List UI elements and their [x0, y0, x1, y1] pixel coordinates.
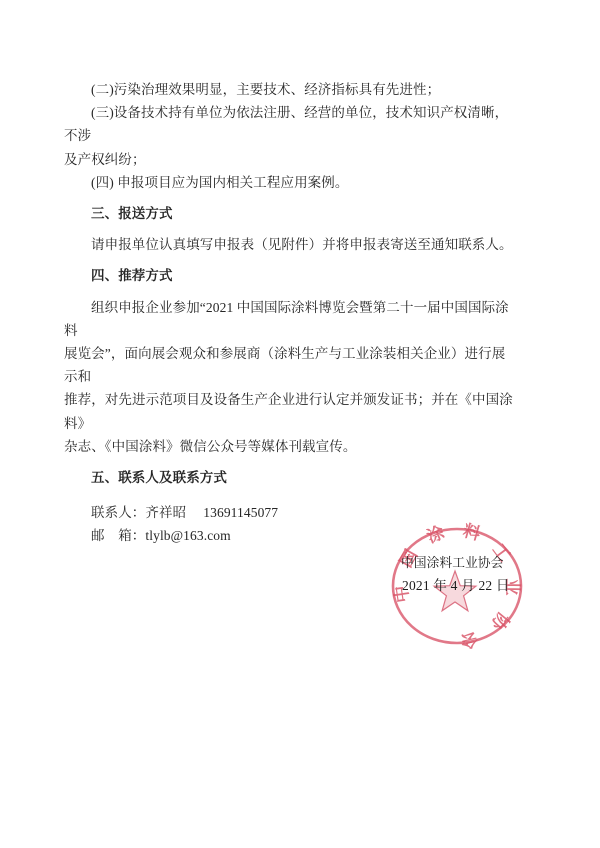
section-heading-5: 五、联系人及联系方式	[64, 466, 516, 489]
section-heading-3: 三、报送方式	[64, 202, 516, 225]
doc-line: 组织申报企业参加“2021 中国国际涂料博览会暨第二十一届中国国际涂料	[64, 296, 516, 342]
doc-line: 展览会”，面向展会观众和参展商（涂料生产与工业涂装相关企业）进行展示和	[64, 342, 516, 388]
signature-date: 2021 年 4 月 22 日	[402, 574, 510, 594]
scanned-document-page: (二)污染治理效果明显，主要技术、经济指标具有先进性； (三)设备技术持有单位为…	[0, 0, 600, 848]
doc-line: (三)设备技术持有单位为依法注册、经营的单位，技术知识产权清晰，不涉	[64, 101, 516, 147]
doc-line: 推荐，对先进示范项目及设备生产企业进行认定并颁发证书；并在《中国涂料》	[64, 388, 516, 434]
doc-line: 请申报单位认真填写申报表（见附件）并将申报表寄送至通知联系人。	[64, 233, 516, 256]
document-body: (二)污染治理效果明显，主要技术、经济指标具有先进性； (三)设备技术持有单位为…	[64, 78, 516, 548]
signature-org: 中国涂料工业协会	[401, 552, 503, 571]
doc-line: 杂志、《中国涂料》微信公众号等媒体刊载宣传。	[64, 435, 516, 458]
section-heading-4: 四、推荐方式	[64, 264, 516, 287]
doc-line: 及产权纠纷；	[64, 148, 516, 171]
doc-line: (二)污染治理效果明显，主要技术、经济指标具有先进性；	[64, 78, 516, 101]
doc-line: (四) 申报项目应为国内相关工程应用案例。	[64, 171, 516, 194]
